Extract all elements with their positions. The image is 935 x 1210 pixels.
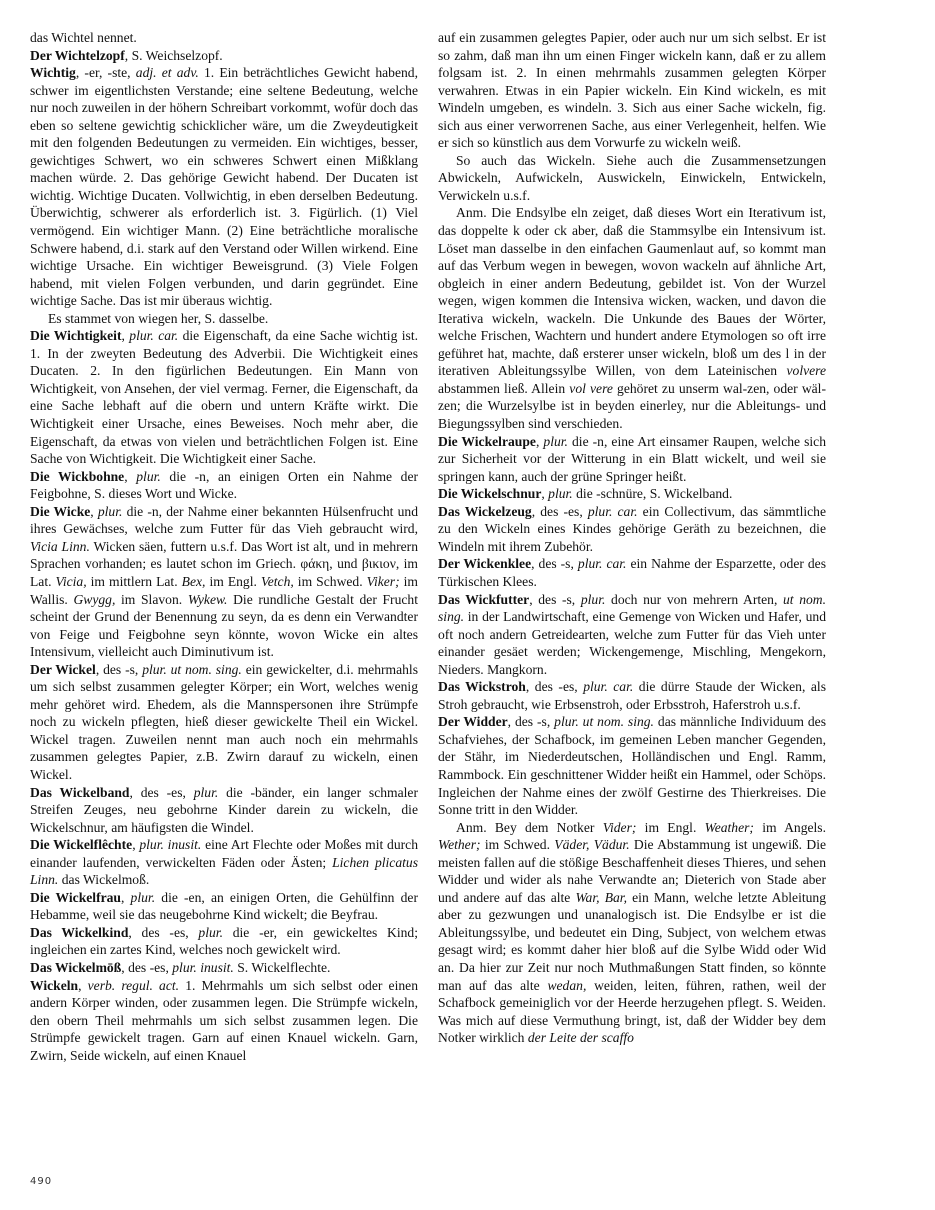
entry-text: , des -es, bbox=[532, 504, 588, 519]
dictionary-entry: Das Wickelmōß, des -es, plur. inusit. S.… bbox=[30, 959, 418, 977]
italic-term: plur. inusit. bbox=[172, 960, 234, 975]
italic-term: plur. bbox=[98, 504, 123, 519]
italic-term: plur. bbox=[581, 592, 606, 607]
dictionary-entry: Die Wickelraupe, plur. die -n, eine Art … bbox=[438, 433, 826, 486]
dictionary-entry: Die Wickbohne, plur. die -n, an einigen … bbox=[30, 468, 418, 503]
headword: Die Wichtigkeit bbox=[30, 328, 121, 343]
entry-text: doch nur von mehrern Arten, bbox=[605, 592, 783, 607]
entry-text: , des -es, bbox=[526, 679, 583, 694]
headword: Das Wickelband bbox=[30, 785, 129, 800]
italic-term: adj. et adv. bbox=[136, 65, 199, 80]
dictionary-entry: Wichtig, -er, -ste, adj. et adv. 1. Ein … bbox=[30, 64, 418, 310]
dictionary-entry: Das Wickelband, des -es, plur. die -bänd… bbox=[30, 784, 418, 837]
italic-term: plur. bbox=[548, 486, 573, 501]
page-number: 490 bbox=[30, 1173, 52, 1191]
italic-term: vol vere bbox=[569, 381, 613, 396]
entry-text: Anm. Die Endsylbe eln zeiget, daß dieses… bbox=[438, 205, 826, 378]
entry-text: , des -es, bbox=[129, 785, 193, 800]
entry-text: auf ein zusammen gelegtes Papier, oder a… bbox=[438, 30, 826, 150]
italic-term: plur. car. bbox=[588, 504, 638, 519]
entry-text: in der Landwirtschaft, eine Gemenge von … bbox=[438, 609, 826, 677]
entry-text: im Angels. bbox=[754, 820, 826, 835]
dictionary-entry: Das Wickelkind, des -es, plur. die -er, … bbox=[30, 924, 418, 959]
annotation-paragraph: Es stammet von wiegen her, S. dasselbe. bbox=[30, 310, 418, 328]
entry-text: , S. Weichselzopf. bbox=[125, 48, 223, 63]
italic-term: plur. bbox=[543, 434, 568, 449]
italic-term: Wykew. bbox=[188, 592, 228, 607]
entry-text: im Engl. bbox=[205, 574, 261, 589]
dictionary-entry: Das Wickstroh, des -es, plur. car. die d… bbox=[438, 678, 826, 713]
right-column: auf ein zusammen gelegtes Papier, oder a… bbox=[438, 29, 826, 1047]
italic-term: plur. bbox=[194, 785, 219, 800]
headword: Das Wickelmōß bbox=[30, 960, 121, 975]
entry-text: , bbox=[78, 978, 88, 993]
left-column: das Wichtel nennet.Der Wichtelzopf, S. W… bbox=[30, 29, 418, 1064]
headword: Der Widder bbox=[438, 714, 508, 729]
dictionary-entry: Der Wichtelzopf, S. Weichselzopf. bbox=[30, 47, 418, 65]
dictionary-entry: Die Wickelschnur, plur. die -schnüre, S.… bbox=[438, 485, 826, 503]
italic-term: plur. car. bbox=[578, 556, 627, 571]
dictionary-entry: Der Wickenklee, des -s, plur. car. ein N… bbox=[438, 555, 826, 590]
entry-text: im Schwed. bbox=[481, 837, 555, 852]
dictionary-entry: Das Wickfutter, des -s, plur. doch nur v… bbox=[438, 591, 826, 679]
headword: Der Wickel bbox=[30, 662, 96, 677]
italic-term: plur. bbox=[131, 890, 156, 905]
entry-text: , des -s, bbox=[508, 714, 555, 729]
italic-term: volvere bbox=[787, 363, 827, 378]
italic-term: der Leite der scaffo bbox=[528, 1030, 634, 1045]
entry-text: S. Wickelflechte. bbox=[234, 960, 331, 975]
annotation-paragraph: Anm. Die Endsylbe eln zeiget, daß dieses… bbox=[438, 204, 826, 432]
italic-term: Vider; bbox=[603, 820, 637, 835]
italic-term: Weather; bbox=[705, 820, 754, 835]
entry-text: 1. Ein beträchtliches Gewicht habend, sc… bbox=[30, 65, 418, 308]
dictionary-entry: Die Wichtigkeit, plur. car. die Eigensch… bbox=[30, 327, 418, 467]
italic-term: plur. bbox=[136, 469, 161, 484]
dictionary-entry: Die Wicke, plur. die -n, der Nahme einer… bbox=[30, 503, 418, 661]
headword: Das Wickelkind bbox=[30, 925, 128, 940]
headword: Das Wickstroh bbox=[438, 679, 526, 694]
annotation-paragraph: So auch das Wickeln. Siehe auch die Zusa… bbox=[438, 152, 826, 205]
entry-text: , des -es, bbox=[128, 925, 198, 940]
entry-text: die -schnüre, S. Wickelband. bbox=[573, 486, 733, 501]
entry-text: , bbox=[121, 890, 131, 905]
italic-term: Gwygg, bbox=[73, 592, 115, 607]
headword: Die Wickelfrau bbox=[30, 890, 121, 905]
headword: Wickeln bbox=[30, 978, 78, 993]
italic-term: Vicia Linn. bbox=[30, 539, 90, 554]
italic-term: verb. regul. act. bbox=[88, 978, 179, 993]
italic-term: Bex, bbox=[182, 574, 206, 589]
dictionary-entry: Das Wickelzeug, des -es, plur. car. ein … bbox=[438, 503, 826, 556]
entry-text: im Engl. bbox=[636, 820, 704, 835]
dictionary-entry: Wickeln, verb. regul. act. 1. Mehrmahls … bbox=[30, 977, 418, 1065]
entry-text: , -er, -ste, bbox=[76, 65, 136, 80]
continuation-paragraph: auf ein zusammen gelegtes Papier, oder a… bbox=[438, 29, 826, 152]
entry-text: ein gewickelter, d.i. mehrmahls um sich … bbox=[30, 662, 418, 782]
entry-text: So auch das Wickeln. Siehe auch die Zusa… bbox=[438, 153, 826, 203]
dictionary-entry: Die Wickelflêchte, plur. inusit. eine Ar… bbox=[30, 836, 418, 889]
entry-text: die Eigenschaft, da eine Sache wichtig i… bbox=[30, 328, 418, 466]
entry-text: , des -s, bbox=[529, 592, 581, 607]
italic-term: Viker; bbox=[367, 574, 400, 589]
italic-term: Vetch, bbox=[261, 574, 294, 589]
headword: Der Wickenklee bbox=[438, 556, 531, 571]
entry-text: abstammen ließ. Allein bbox=[438, 381, 569, 396]
dictionary-page: das Wichtel nennet.Der Wichtelzopf, S. W… bbox=[0, 0, 935, 1210]
headword: Die Wickelflêchte bbox=[30, 837, 132, 852]
italic-term: plur. bbox=[198, 925, 223, 940]
italic-term: Wether; bbox=[438, 837, 481, 852]
entry-text: , des -s, bbox=[96, 662, 142, 677]
headword: Die Wickbohne bbox=[30, 469, 124, 484]
entry-text: , des -es, bbox=[121, 960, 172, 975]
dictionary-entry: Die Wickelfrau, plur. die -en, an einige… bbox=[30, 889, 418, 924]
dictionary-entry: Der Wickel, des -s, plur. ut nom. sing. … bbox=[30, 661, 418, 784]
entry-text: Es stammet von wiegen her, S. dasselbe. bbox=[48, 311, 268, 326]
italic-term: plur. car. bbox=[129, 328, 178, 343]
entry-text: , bbox=[90, 504, 98, 519]
italic-term: plur. inusit. bbox=[139, 837, 201, 852]
dictionary-entry: Der Widder, des -s, plur. ut nom. sing. … bbox=[438, 713, 826, 818]
entry-text: , bbox=[124, 469, 136, 484]
italic-term: wedan, bbox=[547, 978, 586, 993]
entry-text: im Slavon. bbox=[115, 592, 187, 607]
continuation-paragraph: das Wichtel nennet. bbox=[30, 29, 418, 47]
italic-term: Väder, Vädur. bbox=[554, 837, 629, 852]
entry-text: , des -s, bbox=[531, 556, 578, 571]
entry-text: Anm. Bey dem Notker bbox=[456, 820, 603, 835]
italic-term: War, Bar, bbox=[575, 890, 627, 905]
italic-term: Vicia, bbox=[56, 574, 87, 589]
headword: Die Wickelraupe bbox=[438, 434, 536, 449]
headword: Das Wickfutter bbox=[438, 592, 529, 607]
entry-text: im mittlern Lat. bbox=[87, 574, 182, 589]
italic-term: plur. ut nom. sing. bbox=[554, 714, 654, 729]
annotation-paragraph: Anm. Bey dem Notker Vider; im Engl. Weat… bbox=[438, 819, 826, 1047]
headword: Die Wickelschnur bbox=[438, 486, 541, 501]
entry-text: das Wickelmoß. bbox=[58, 872, 149, 887]
headword: Die Wicke bbox=[30, 504, 90, 519]
entry-text: das männliche Indivi­duum des Schafviehe… bbox=[438, 714, 826, 817]
italic-term: plur. ut nom. sing. bbox=[142, 662, 242, 677]
headword: Das Wickelzeug bbox=[438, 504, 532, 519]
headword: Der Wichtelzopf bbox=[30, 48, 125, 63]
italic-term: plur. car. bbox=[583, 679, 633, 694]
entry-text: im Schwed. bbox=[294, 574, 367, 589]
entry-text: das Wichtel nennet. bbox=[30, 30, 137, 45]
headword: Wichtig bbox=[30, 65, 76, 80]
